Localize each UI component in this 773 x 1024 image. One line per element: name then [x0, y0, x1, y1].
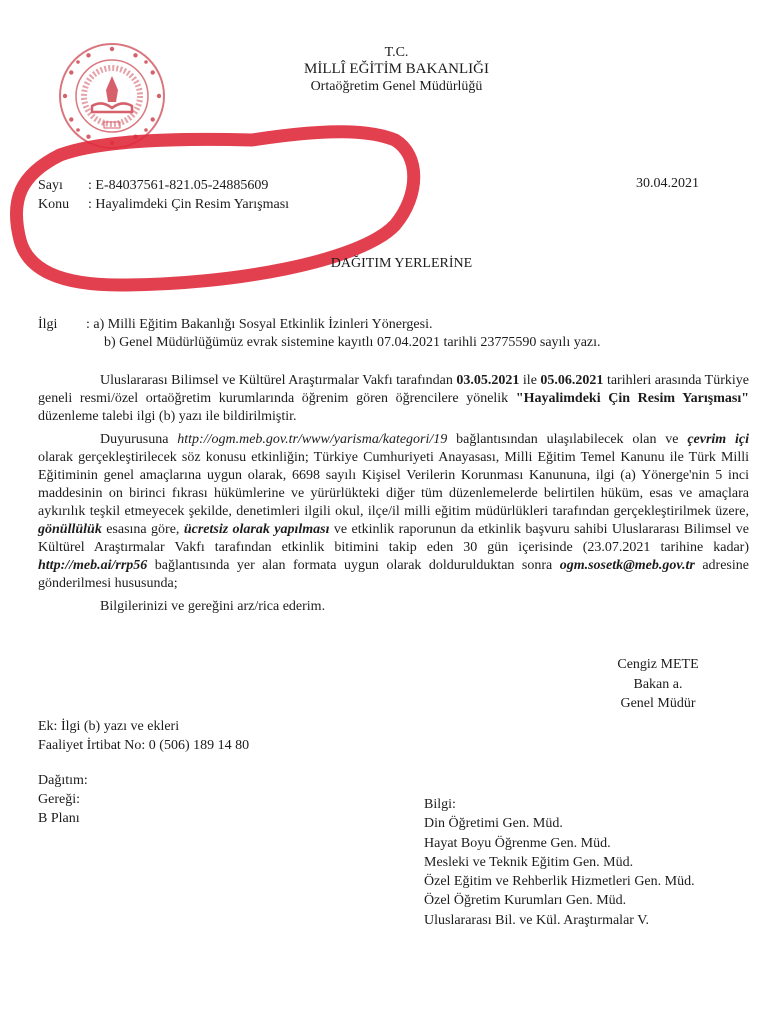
- text: olarak gerçekleştirilecek söz konusu etk…: [38, 450, 749, 519]
- distribution-left: Dağıtım: Gereği: B Planı: [38, 771, 88, 828]
- text: düzenleme talebi ilgi (b) yazı ile bildi…: [38, 409, 297, 424]
- bilgi-item: Mesleki ve Teknik Eğitim Gen. Müd.: [424, 853, 695, 872]
- text: Duyurusuna: [100, 432, 177, 447]
- text: bağlantısında yer alan formata uygun ola…: [147, 558, 559, 573]
- bilgi-item: Özel Eğitim ve Rehberlik Hizmetleri Gen.…: [424, 872, 695, 891]
- free-emphasis: ücretsiz olarak yapılması: [184, 522, 330, 537]
- voluntary-emphasis: gönüllülük: [38, 522, 102, 537]
- geregi-item: B Planı: [38, 809, 88, 828]
- bilgi-item: Uluslararası Bil. ve Kül. Araştırmalar V…: [424, 911, 695, 930]
- end-date: 05.06.2021: [540, 373, 603, 388]
- highlight-circle-annotation: [0, 0, 773, 300]
- ilgi-a: : a) Milli Eğitim Bakanlığı Sosyal Etkin…: [86, 316, 432, 334]
- references: İlgi : a) Milli Eğitim Bakanlığı Sosyal …: [38, 316, 601, 352]
- paragraph-3: Bilgilerinizi ve gereğini arz/rica ederi…: [38, 598, 749, 616]
- ilgi-b: b) Genel Müdürlüğümüz evrak sistemine ka…: [38, 334, 601, 352]
- letter-body: Uluslararası Bilimsel ve Kültürel Araştı…: [38, 372, 749, 616]
- distribution-title: DAĞITIM YERLERİNE: [0, 256, 773, 272]
- signatory-name: Cengiz METE: [598, 655, 718, 675]
- paragraph-1: Uluslararası Bilimsel ve Kültürel Araştı…: [38, 372, 749, 426]
- geregi-label: Gereği:: [38, 790, 88, 809]
- distribution-right: Bilgi: Din Öğretimi Gen. Müd. Hayat Boyu…: [424, 795, 695, 930]
- online-emphasis: çevrim içi: [687, 432, 749, 447]
- email-link[interactable]: ogm.sosetk@meb.gov.tr: [560, 558, 695, 573]
- attachments: Ek: İlgi (b) yazı ve ekleri Faaliyet İrt…: [38, 717, 249, 755]
- ilgi-label: İlgi: [38, 316, 86, 334]
- distribution-label: Dağıtım:: [38, 771, 88, 790]
- text: bağlantısından ulaşılabilecek olan ve: [447, 432, 687, 447]
- start-date: 03.05.2021: [456, 373, 519, 388]
- competition-name: "Hayalimdeki Çin Resim Yarışması": [516, 391, 749, 406]
- signature-block: Cengiz METE Bakan a. Genel Müdür: [598, 655, 718, 714]
- text: Uluslararası Bilimsel ve Kültürel Araştı…: [100, 373, 456, 388]
- bilgi-item: Hayat Boyu Öğrenme Gen. Müd.: [424, 834, 695, 853]
- announcement-link[interactable]: http://ogm.meb.gov.tr/www/yarisma/katego…: [177, 432, 447, 447]
- signatory-title-1: Bakan a.: [598, 675, 718, 695]
- signatory-title-2: Genel Müdür: [598, 694, 718, 714]
- bilgi-item: Din Öğretimi Gen. Müd.: [424, 814, 695, 833]
- contact-number: Faaliyet İrtibat No: 0 (506) 189 14 80: [38, 736, 249, 755]
- bilgi-label: Bilgi:: [424, 795, 695, 814]
- paragraph-2: Duyurusuna http://ogm.meb.gov.tr/www/yar…: [38, 431, 749, 593]
- text: esasına göre,: [102, 522, 184, 537]
- attachment-line: Ek: İlgi (b) yazı ve ekleri: [38, 717, 249, 736]
- text: ile: [519, 373, 540, 388]
- bilgi-item: Özel Öğretim Kurumları Gen. Müd.: [424, 891, 695, 910]
- report-form-link[interactable]: http://meb.ai/rrp56: [38, 558, 147, 573]
